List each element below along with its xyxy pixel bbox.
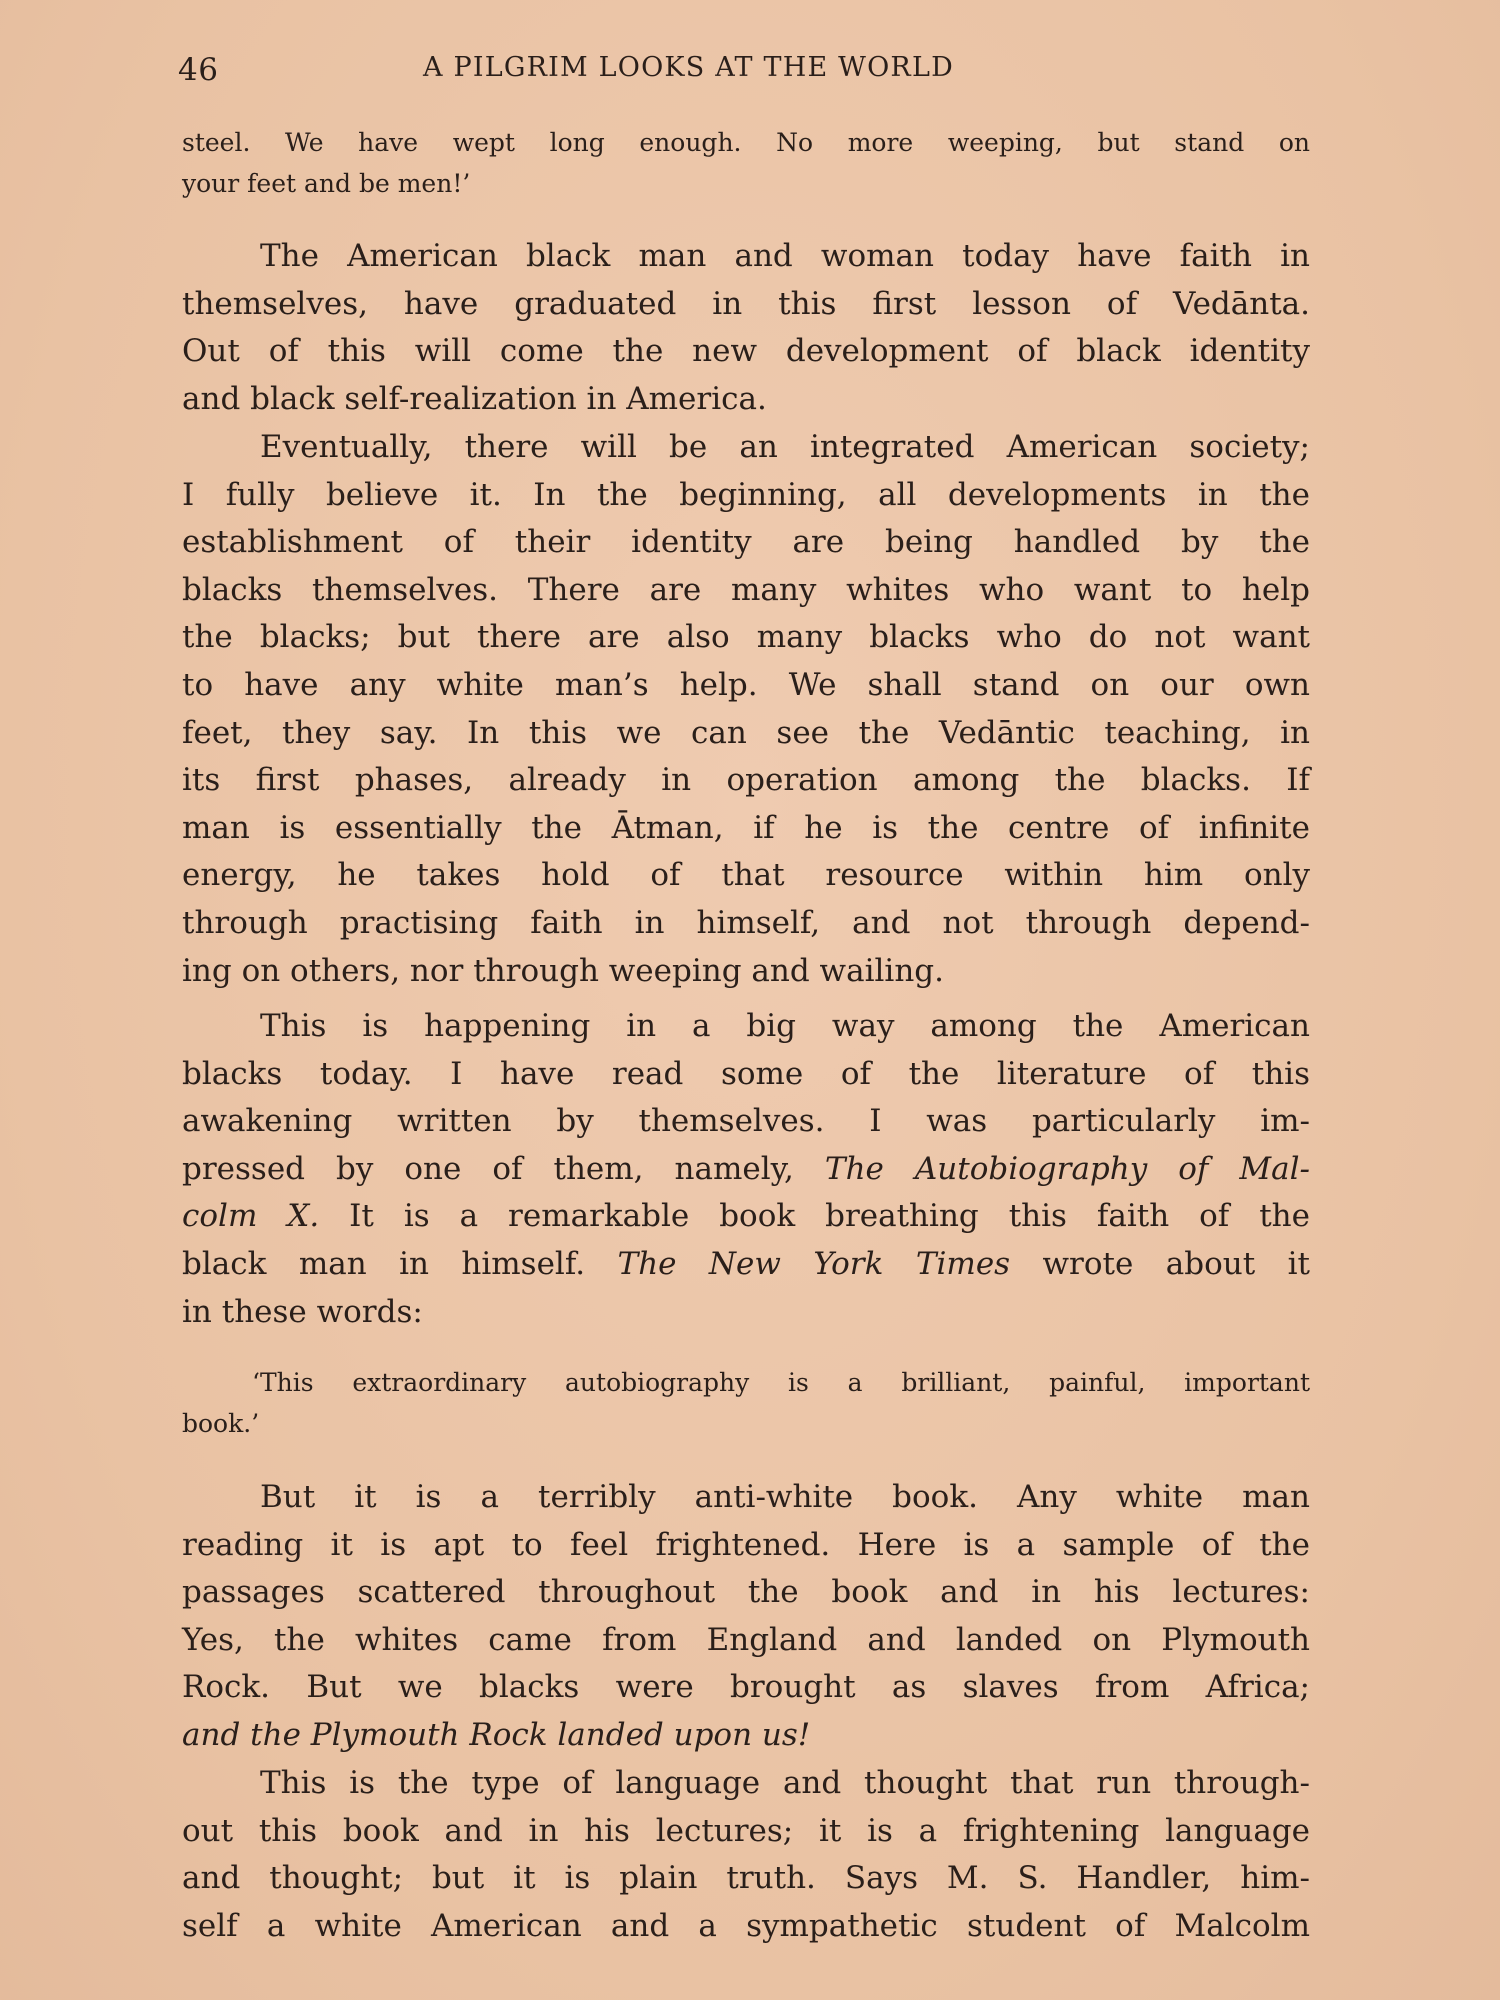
text-line: awakening written by themselves. I was p…: [182, 1098, 1310, 1146]
text-line: establishment of their identity are bein…: [182, 519, 1310, 567]
text-line: energy, he takes hold of that resource w…: [182, 852, 1310, 900]
text-line: pressed by one of them, namely, The Auto…: [182, 1146, 1310, 1194]
text-line: But it is a terribly anti-white book. An…: [182, 1474, 1310, 1522]
text-line: Rock. But we blacks were brought as slav…: [182, 1664, 1310, 1712]
text-line: Out of this will come the new developmen…: [182, 328, 1310, 376]
running-head: 46 A PILGRIM LOOKS AT THE WORLD: [178, 48, 1308, 98]
text-line: steel. We have wept long enough. No more…: [182, 122, 1310, 163]
italic-text: and the Plymouth Rock landed upon us!: [182, 1717, 810, 1753]
text-line: self a white American and a sympathetic …: [182, 1903, 1310, 1951]
text-line: out this book and in his lectures; it is…: [182, 1808, 1310, 1856]
text-line: This is the type of language and thought…: [182, 1760, 1310, 1808]
book-page: 46 A PILGRIM LOOKS AT THE WORLD steel. W…: [0, 0, 1500, 2000]
italic-text: The New York Times: [618, 1246, 1011, 1282]
text-line: ‘This extraordinary autobiography is a b…: [182, 1362, 1310, 1403]
page-number: 46: [178, 52, 218, 88]
paragraph-2: Eventually, there will be an integrated …: [182, 424, 1310, 995]
text-line: I fully believe it. In the beginning, al…: [182, 472, 1310, 520]
text-line: feet, they say. In this we can see the V…: [182, 710, 1310, 758]
text-line: through practising faith in himself, and…: [182, 900, 1310, 948]
text-line: man is essentially the Ātman, if he is t…: [182, 805, 1310, 853]
text-line: its first phases, already in operation a…: [182, 757, 1310, 805]
text-line: blacks today. I have read some of the li…: [182, 1051, 1310, 1099]
text-line: themselves, have graduated in this first…: [182, 281, 1310, 329]
text-line: blacks themselves. There are many whites…: [182, 567, 1310, 615]
paragraph-5: This is the type of language and thought…: [182, 1760, 1310, 1950]
text-line: Yes, the whites came from England and la…: [182, 1617, 1310, 1665]
text-line: This is happening in a big way among the…: [182, 1003, 1310, 1051]
text-line: colm X. It is a remarkable book breathin…: [182, 1193, 1310, 1241]
text-line: and thought; but it is plain truth. Says…: [182, 1855, 1310, 1903]
text-line: in these words:: [182, 1289, 1310, 1337]
text-line: The American black man and woman today h…: [182, 233, 1310, 281]
text-line: book.’: [182, 1403, 1310, 1444]
paragraph-1: The American black man and woman today h…: [182, 233, 1310, 423]
text-line: to have any white man’s help. We shall s…: [182, 662, 1310, 710]
block-quote: ‘This extraordinary autobiography is a b…: [182, 1362, 1310, 1444]
text-line: Eventually, there will be an integrated …: [182, 424, 1310, 472]
italic-text: colm X.: [182, 1198, 319, 1234]
text-line: reading it is apt to feel frightened. He…: [182, 1522, 1310, 1570]
continuation-quote: steel. We have wept long enough. No more…: [182, 122, 1310, 204]
text-line: passages scattered throughout the book a…: [182, 1569, 1310, 1617]
text-line: black man in himself. The New York Times…: [182, 1241, 1310, 1289]
text-line: the blacks; but there are also many blac…: [182, 614, 1310, 662]
paragraph-3: This is happening in a big way among the…: [182, 1003, 1310, 1336]
text-line: and black self-realization in America.: [182, 376, 1310, 424]
italic-text: The Autobiography of Mal-: [825, 1151, 1310, 1187]
text-line: your feet and be men!’: [182, 163, 1310, 204]
text-line: ing on others, nor through weeping and w…: [182, 948, 1310, 996]
text-line: and the Plymouth Rock landed upon us!: [182, 1712, 1310, 1760]
paragraph-4: But it is a terribly anti-white book. An…: [182, 1474, 1310, 1760]
running-title: A PILGRIM LOOKS AT THE WORLD: [423, 52, 954, 83]
